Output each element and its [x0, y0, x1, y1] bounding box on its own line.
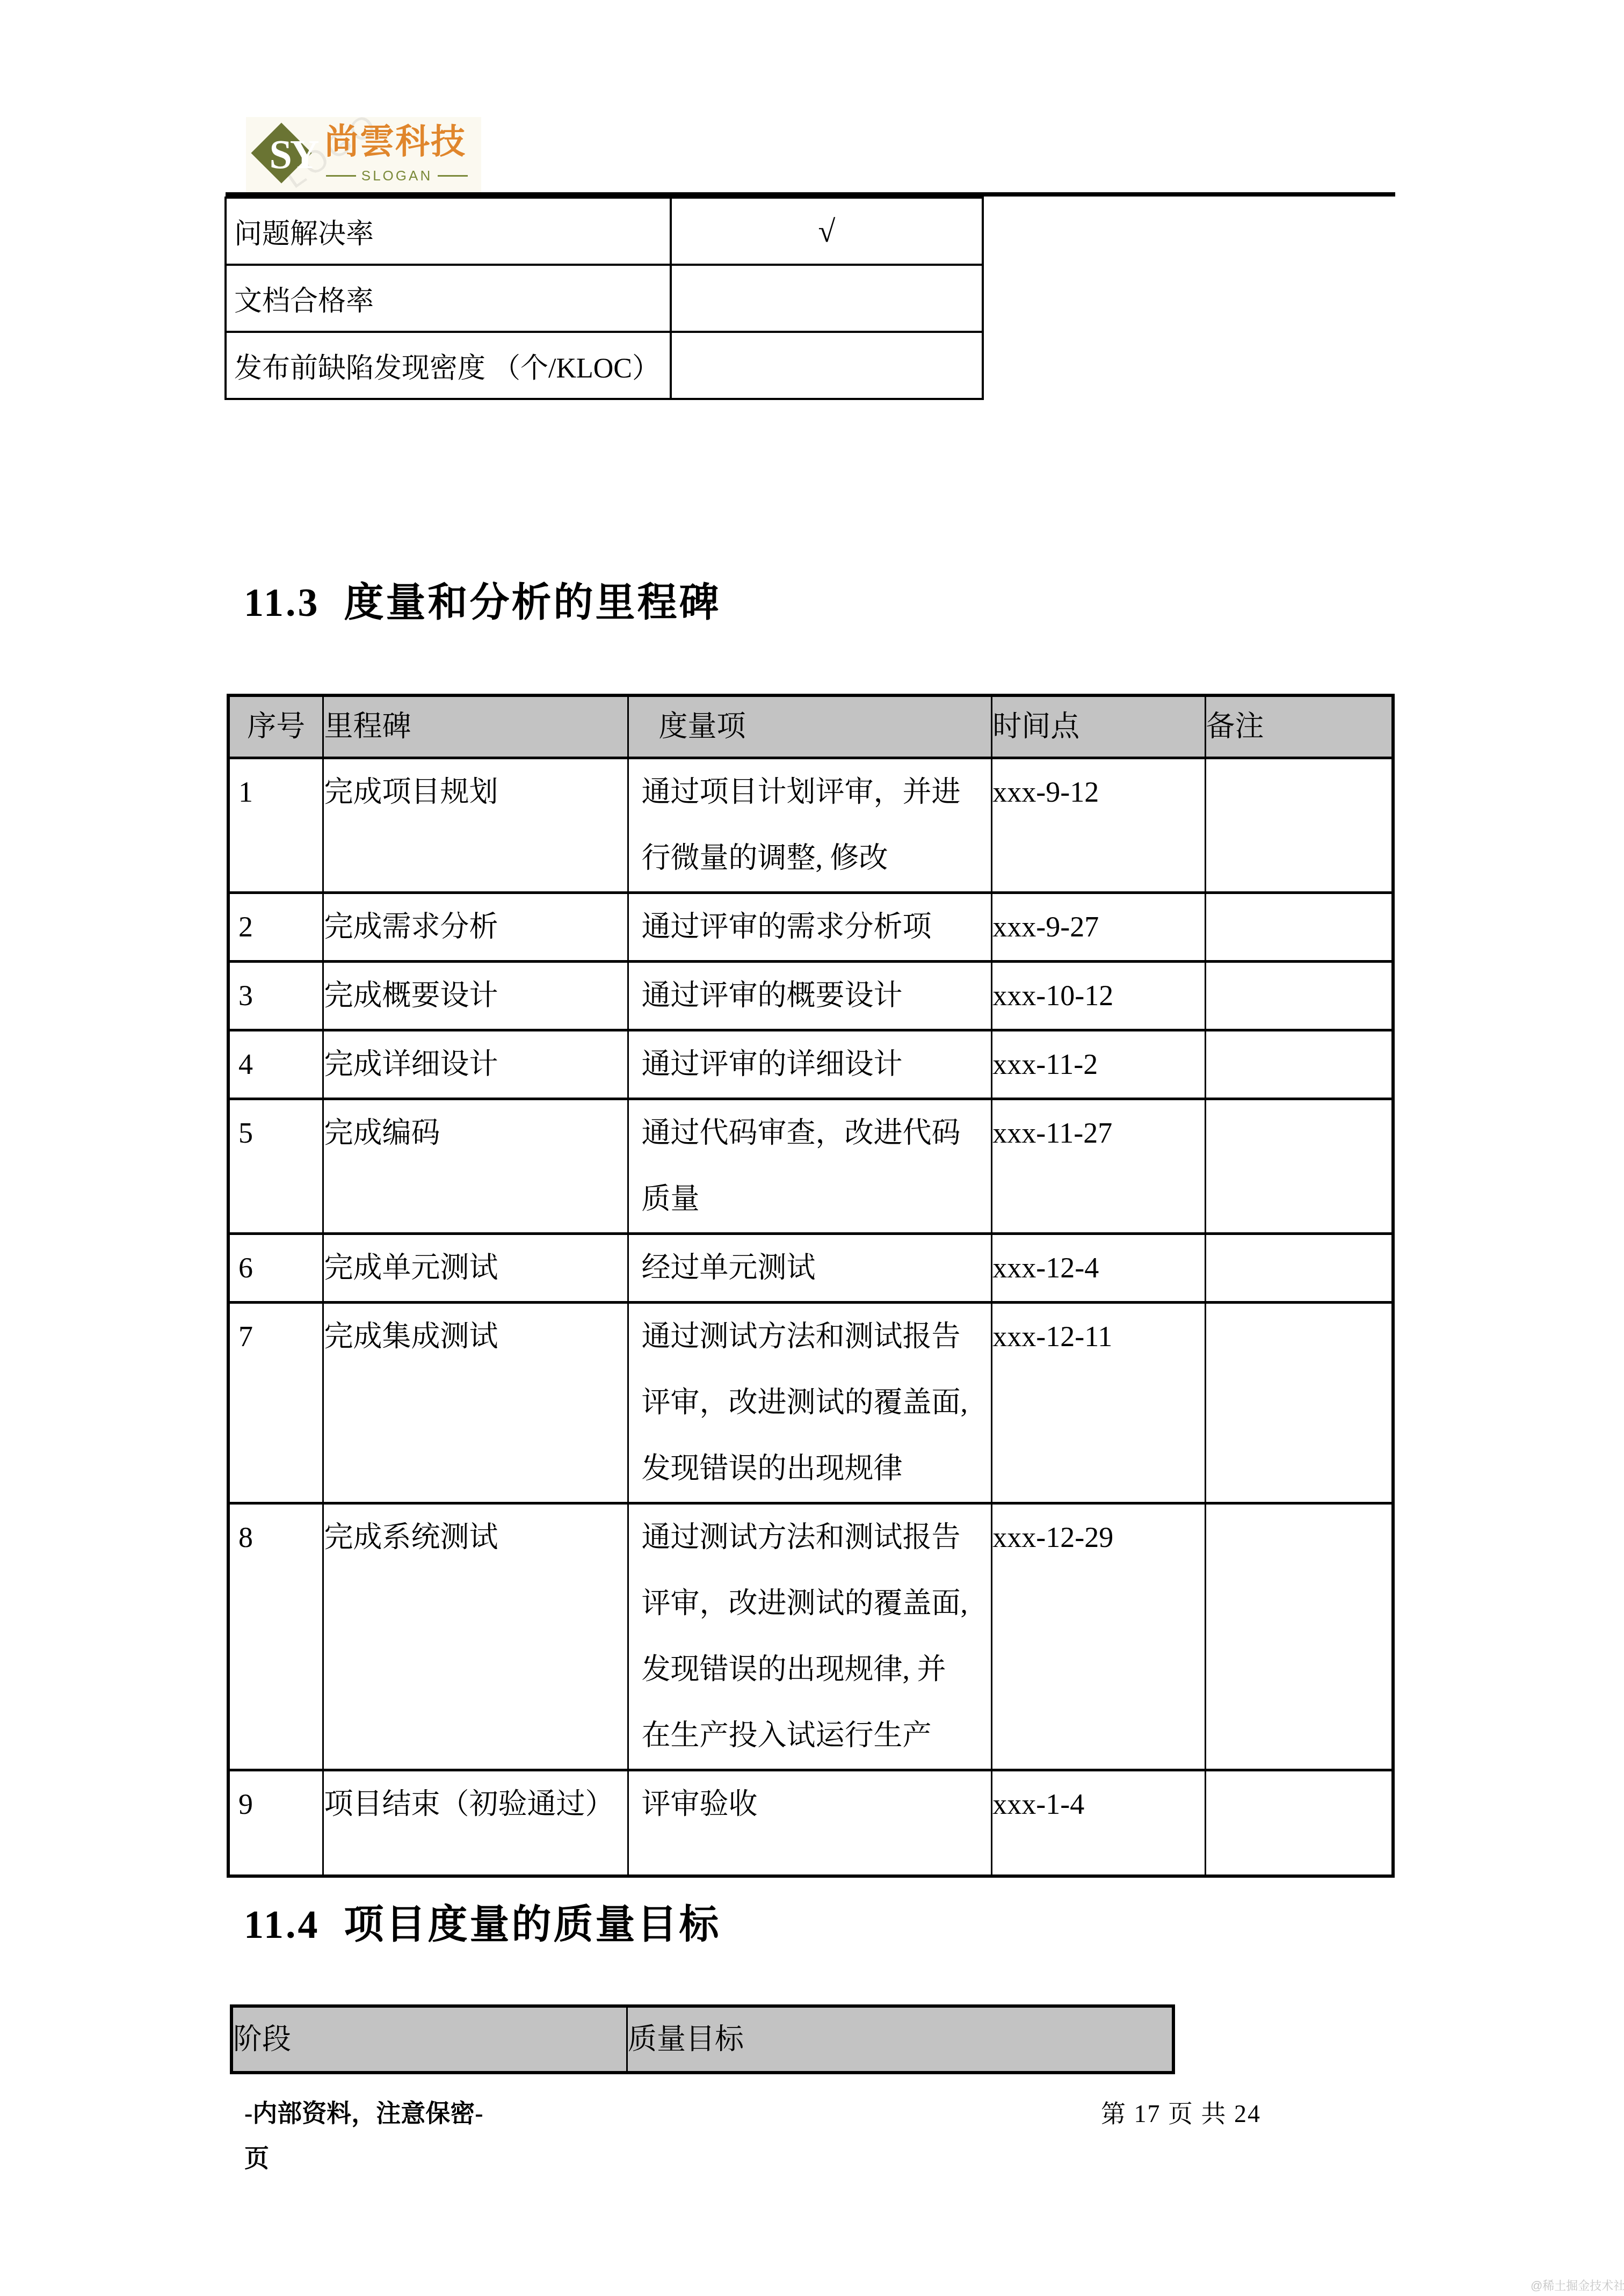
- cell-milestone: 完成详细设计: [323, 1030, 628, 1099]
- cell-note: [1205, 1234, 1393, 1303]
- footer-confidential-note: -内部资料，注意保密- 页: [244, 2091, 483, 2181]
- cell-metric: 经过单元测试: [628, 1234, 992, 1303]
- cell-note: [1205, 758, 1393, 893]
- column-header-milestone: 里程碑: [323, 695, 628, 758]
- metric-label: 问题解决率: [226, 198, 671, 265]
- cell-time: xxx-9-12: [992, 758, 1205, 893]
- cell-milestone: 完成集成测试: [323, 1303, 628, 1503]
- cell-note: [1205, 1503, 1393, 1770]
- cell-time: xxx-10-12: [992, 962, 1205, 1030]
- table-row: 5 完成编码 通过代码审查，改进代码 质量 xxx-11-27: [228, 1099, 1393, 1234]
- table-row: 问题解决率 √: [226, 198, 983, 265]
- metric-checkmark: [671, 332, 983, 399]
- cell-milestone: 完成概要设计: [323, 962, 628, 1030]
- company-slogan: SLOGAN: [327, 168, 467, 184]
- metric-checkmark: [671, 265, 983, 332]
- cell-time: xxx-1-4: [992, 1770, 1205, 1877]
- metric-label: 文档合格率: [226, 265, 671, 332]
- cell-no: 1: [228, 758, 323, 893]
- cell-no: 8: [228, 1503, 323, 1770]
- cell-metric: 通过项目计划评审，并进 行微量的调整, 修改: [628, 758, 992, 893]
- cell-time: xxx-11-27: [992, 1099, 1205, 1234]
- cell-no: 7: [228, 1303, 323, 1503]
- column-header-stage: 阶段: [231, 2006, 627, 2073]
- cell-note: [1205, 962, 1393, 1030]
- cell-note: [1205, 1099, 1393, 1234]
- table-row: 8 完成系统测试 通过测试方法和测试报告 评审，改进测试的覆盖面, 发现错误的出…: [228, 1503, 1393, 1770]
- table-row: 文档合格率: [226, 265, 983, 332]
- table-row: 2 完成需求分析 通过评审的需求分析项 xxx-9-27: [228, 893, 1393, 962]
- cell-time: xxx-12-29: [992, 1503, 1205, 1770]
- table-row: 6 完成单元测试 经过单元测试 xxx-12-4: [228, 1234, 1393, 1303]
- cell-metric: 评审验收: [628, 1770, 992, 1877]
- cell-no: 2: [228, 893, 323, 962]
- section-title-11-3: 11.3 度量和分析的里程碑: [244, 579, 721, 627]
- section-title-11-4: 11.4 项目度量的质量目标: [244, 1901, 721, 1949]
- cell-metric: 通过评审的详细设计: [628, 1030, 992, 1099]
- company-logo: LOGO SY 尚雲科技 SLOGAN: [246, 117, 481, 192]
- table-header-row: 序号 里程碑 度量项 时间点 备注: [228, 695, 1393, 758]
- cell-metric: 通过测试方法和测试报告 评审，改进测试的覆盖面, 发现错误的出现规律: [628, 1303, 992, 1503]
- cell-metric: 通过评审的需求分析项: [628, 893, 992, 962]
- table-row: 7 完成集成测试 通过测试方法和测试报告 评审，改进测试的覆盖面, 发现错误的出…: [228, 1303, 1393, 1503]
- column-header-goal: 质量目标: [627, 2006, 1174, 2073]
- community-watermark: @稀土掘金技术社区: [1531, 2277, 1624, 2293]
- page-number: 第 17 页 共 24: [1101, 2094, 1261, 2130]
- cell-note: [1205, 893, 1393, 962]
- cell-time: xxx-11-2: [992, 1030, 1205, 1099]
- cell-no: 9: [228, 1770, 323, 1877]
- cell-no: 5: [228, 1099, 323, 1234]
- column-header-no: 序号: [228, 695, 323, 758]
- cell-milestone: 项目结束（初验通过）: [323, 1770, 628, 1877]
- header-rule: [226, 192, 1395, 197]
- cell-metric: 通过测试方法和测试报告 评审，改进测试的覆盖面, 发现错误的出现规律, 并 在生…: [628, 1503, 992, 1770]
- company-name: 尚雲科技: [324, 125, 466, 159]
- cell-metric: 通过评审的概要设计: [628, 962, 992, 1030]
- cell-note: [1205, 1303, 1393, 1503]
- cell-note: [1205, 1030, 1393, 1099]
- table-row: 1 完成项目规划 通过项目计划评审，并进 行微量的调整, 修改 xxx-9-12: [228, 758, 1393, 893]
- slogan-text: SLOGAN: [361, 168, 432, 184]
- milestones-table: 序号 里程碑 度量项 时间点 备注 1 完成项目规划 通过项目计划评审，并进 行…: [227, 694, 1395, 1878]
- table-row: 发布前缺陷发现密度 （个/KLOC）: [226, 332, 983, 399]
- document-page: { "logo": { "monogram": "SY", "company":…: [0, 0, 1624, 2296]
- table-row: 3 完成概要设计 通过评审的概要设计 xxx-10-12: [228, 962, 1393, 1030]
- cell-time: xxx-12-4: [992, 1234, 1205, 1303]
- table-header-row: 阶段 质量目标: [231, 2006, 1173, 2073]
- cell-milestone: 完成系统测试: [323, 1503, 628, 1770]
- cell-no: 4: [228, 1030, 323, 1099]
- cell-milestone: 完成单元测试: [323, 1234, 628, 1303]
- column-header-time: 时间点: [992, 695, 1205, 758]
- cell-milestone: 完成需求分析: [323, 893, 628, 962]
- cell-milestone: 完成编码: [323, 1099, 628, 1234]
- metrics-table: 问题解决率 √ 文档合格率 发布前缺陷发现密度 （个/KLOC）: [224, 197, 984, 400]
- logo-monogram: SY: [262, 134, 324, 175]
- cell-metric: 通过代码审查，改进代码 质量: [628, 1099, 992, 1234]
- cell-time: xxx-9-27: [992, 893, 1205, 962]
- column-header-metric: 度量项: [628, 695, 992, 758]
- metric-checkmark: √: [671, 198, 983, 265]
- cell-no: 3: [228, 962, 323, 1030]
- cell-note: [1205, 1770, 1393, 1877]
- metric-label: 发布前缺陷发现密度 （个/KLOC）: [226, 332, 671, 399]
- column-header-note: 备注: [1205, 695, 1393, 758]
- cell-no: 6: [228, 1234, 323, 1303]
- cell-time: xxx-12-11: [992, 1303, 1205, 1503]
- table-row: 9 项目结束（初验通过） 评审验收 xxx-1-4: [228, 1770, 1393, 1877]
- table-row: 4 完成详细设计 通过评审的详细设计 xxx-11-2: [228, 1030, 1393, 1099]
- quality-goals-table: 阶段 质量目标: [230, 2004, 1175, 2074]
- cell-milestone: 完成项目规划: [323, 758, 628, 893]
